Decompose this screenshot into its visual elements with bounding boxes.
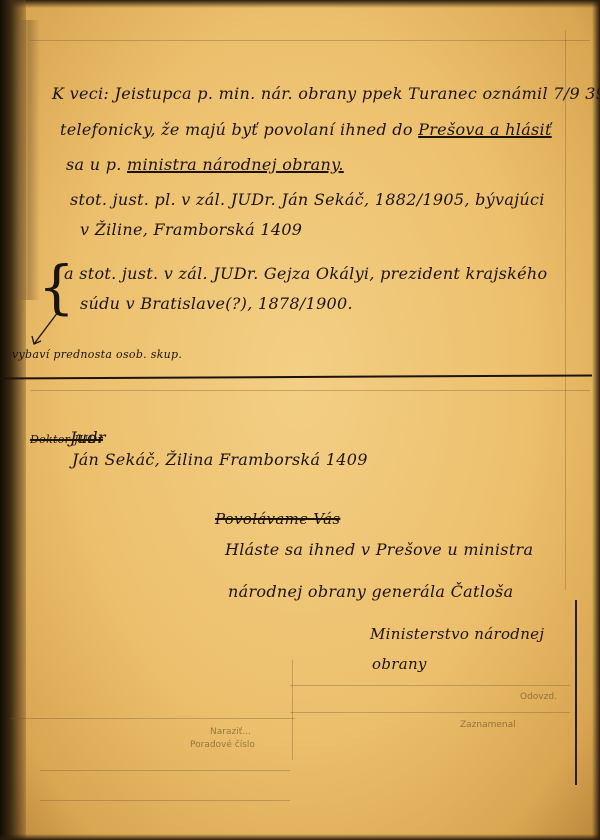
signature-line-1: Ministerstvo národnej [370,625,544,643]
form-grid-line [290,712,570,713]
address-line: Ján Sekáč, Žilina Framborská 1409 [72,450,368,469]
page-top-edge [0,0,600,8]
subject-line: K veci: Jeistupca p. min. nár. obrany pp… [52,84,600,103]
section-divider [0,374,592,379]
person-2-line-1: a stot. just. v zál. JUDr. Gejza Okályi,… [64,264,547,283]
page-bottom-edge [0,834,600,840]
faint-stamp: Naraziť... [210,727,251,737]
form-grid-line [290,685,570,686]
form-grid-line [40,770,290,771]
signature-line-2: obrany [372,655,427,673]
telegram-line-2: národnej obrany generála Čatloša [228,582,513,601]
scanned-document-page: K veci: Jeistupca p. min. nár. obrany pp… [0,0,600,840]
body-line-2: telefonicky, že majú byť povolaní ihned … [60,120,552,139]
telegram-line-1: Hláste sa ihned v Prešove u ministra [225,540,533,559]
person-2-line-2: súdu v Bratislave(?), 1878/1900. [80,294,353,313]
form-border-line [575,600,577,785]
person-1-line-2: v Žiline, Framborská 1409 [80,220,302,239]
margin-note: vybaví prednosta osob. skup. [12,348,182,361]
page-right-edge [592,0,600,840]
faint-stamp: Zaznamenal [460,720,516,730]
page-fold-shadow [18,20,40,300]
body-line-2-text: telefonicky, že majú byť povolaní ihned … [60,120,418,139]
form-grid-line [292,660,293,760]
arrow-icon [26,310,66,350]
form-grid-line [30,390,590,391]
form-grid-line [565,30,566,590]
struck-telegram-heading: Povolávame Vás [215,510,340,528]
faint-stamp: Poradové číslo [190,740,255,750]
form-grid-line [40,800,290,801]
underlined-presov: Prešova a hlásiť [418,120,552,139]
body-line-3-text: sa u p. [66,155,127,174]
body-line-3: sa u p. ministra národnej obrany. [66,155,344,174]
form-grid-line [10,718,295,719]
form-grid-line [30,40,590,41]
address-prefix: Judr [70,428,106,447]
underlined-minister: ministra národnej obrany. [127,155,344,174]
person-1-line-1: stot. just. pl. v zál. JUDr. Ján Sekáč, … [70,190,545,209]
faint-stamp: Odovzd. [520,692,557,702]
